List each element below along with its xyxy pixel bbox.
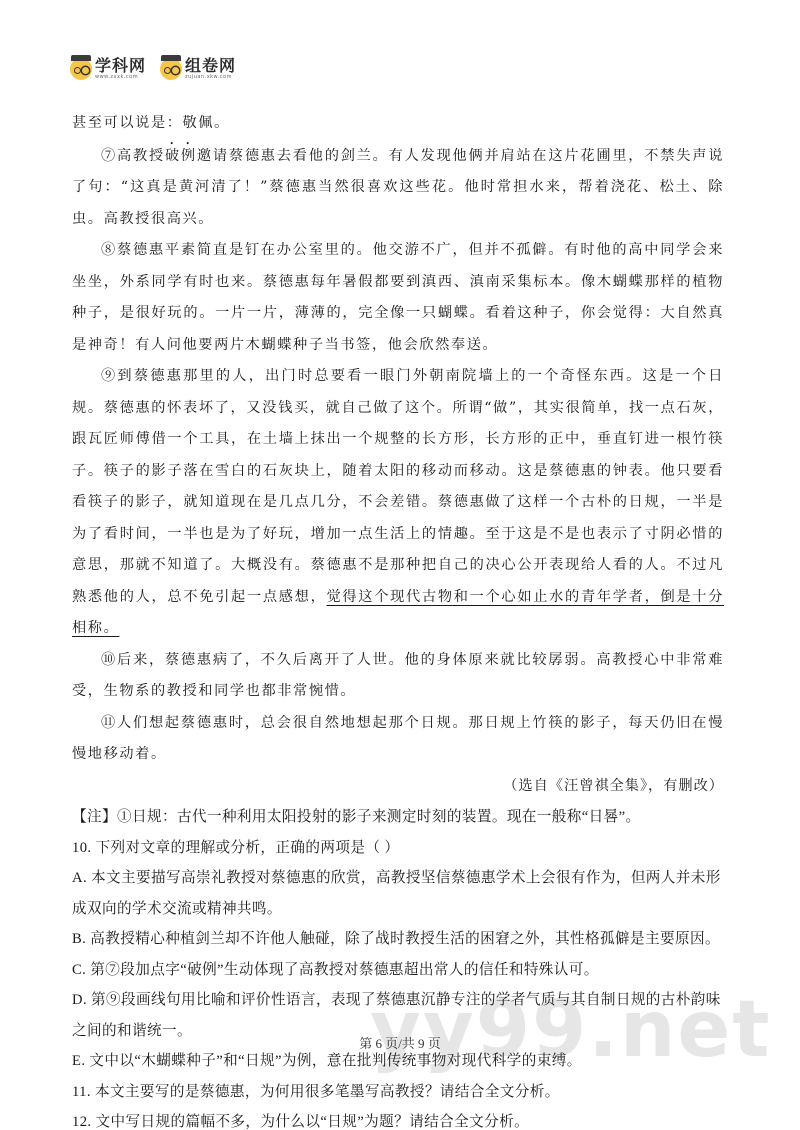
owl-mascot-icon [70, 58, 92, 80]
footnote: 【注】①日规：古代一种利用太阳投射的影子来测定时刻的装置。现在一般称“日晷”。 [72, 802, 724, 833]
question-12: 12. 文中写日规的篇幅不多，为什么以“日规”为题？请结合全文分析。 [72, 1107, 724, 1130]
document-body: 甚至可以说是：敬佩。 ⑦高教授破例邀请蔡德惠去看他的剑兰。有人发现他俩并肩站在这… [72, 108, 724, 1130]
dotted-word: 破例 [165, 148, 197, 164]
logo-zxxk: 学科网 www.zxxk.com [70, 58, 146, 80]
page-number: 第 6 页/共 9 页 [0, 1033, 800, 1052]
question-10-stem: 10. 下列对文章的理解或分析，正确的两项是（ ） [72, 833, 724, 864]
paragraph-number: ⑨ [101, 368, 117, 384]
paragraph-9: ⑨到蔡德惠那里的人，出门时总要看一眼门外朝南院墙上的一个奇怪东西。这是一个日规。… [72, 361, 724, 645]
paragraph-text: 到蔡德惠那里的人，出门时总要看一眼门外朝南院墙上的一个奇怪东西。这是一个日规。蔡… [72, 368, 724, 605]
paragraph-text: 人们想起蔡德惠时，总会很自然地想起那个日规。那日规上竹筷的影子，每天仍旧在慢慢地… [72, 715, 724, 763]
option-c: C. 第⑦段加点字“破例”生动体现了高教授对蔡德惠超出常人的信任和特殊认可。 [72, 955, 724, 986]
logo-zujuan: 组卷网 zujuan.xkw.com [160, 58, 236, 80]
paragraph-number: ⑦ [101, 148, 117, 164]
owl-mascot-icon [160, 58, 182, 80]
logo-name: 学科网 [95, 58, 146, 74]
paragraph-8: ⑧蔡德惠平素简直是钉在办公室里的。他交游不广，但并不孤僻。有时他的高中同学会来坐… [72, 235, 724, 361]
option-b: B. 高教授精心种植剑兰却不许他人触碰，除了战时教授生活的困窘之外，其性格孤僻是… [72, 924, 724, 955]
logo-name: 组卷网 [185, 58, 236, 74]
header-logos: 学科网 www.zxxk.com 组卷网 zujuan.xkw.com [70, 58, 236, 80]
source-citation: （选自《汪曾祺全集》，有删改） [72, 771, 724, 803]
paragraph-text: 蔡德惠平素简直是钉在办公室里的。他交游不广，但并不孤僻。有时他的高中同学会来坐坐… [72, 242, 724, 353]
paragraph-text: 后来，蔡德惠病了，不久后离开了人世。他的身体原来就比较孱弱。高教授心中非常难受，… [72, 652, 724, 700]
paragraph-number: ⑩ [101, 652, 117, 668]
paragraph-10: ⑩后来，蔡德惠病了，不久后离开了人世。他的身体原来就比较孱弱。高教授心中非常难受… [72, 645, 724, 708]
paragraph-11: ⑪人们想起蔡德惠时，总会很自然地想起那个日规。那日规上竹筷的影子，每天仍旧在慢慢… [72, 708, 724, 771]
paragraph-text: 高教授 [117, 148, 165, 164]
question-11: 11. 本文主要写的是蔡德惠，为何用很多笔墨写高教授？请结合全文分析。 [72, 1077, 724, 1108]
logo-url: zujuan.xkw.com [185, 75, 236, 80]
logo-url: www.zxxk.com [95, 75, 146, 80]
passage-lead: 甚至可以说是：敬佩。 [72, 108, 724, 140]
option-a: A. 本文主要描写高崇礼教授对蔡德惠的欣赏，高教授坚信蔡德惠学术上会很有作为，但… [72, 863, 724, 924]
paragraph-7: ⑦高教授破例邀请蔡德惠去看他的剑兰。有人发现他俩并肩站在这片花圃里，不禁失声说了… [72, 140, 724, 236]
paragraph-number: ⑧ [101, 242, 117, 258]
paragraph-number: ⑪ [101, 715, 117, 731]
